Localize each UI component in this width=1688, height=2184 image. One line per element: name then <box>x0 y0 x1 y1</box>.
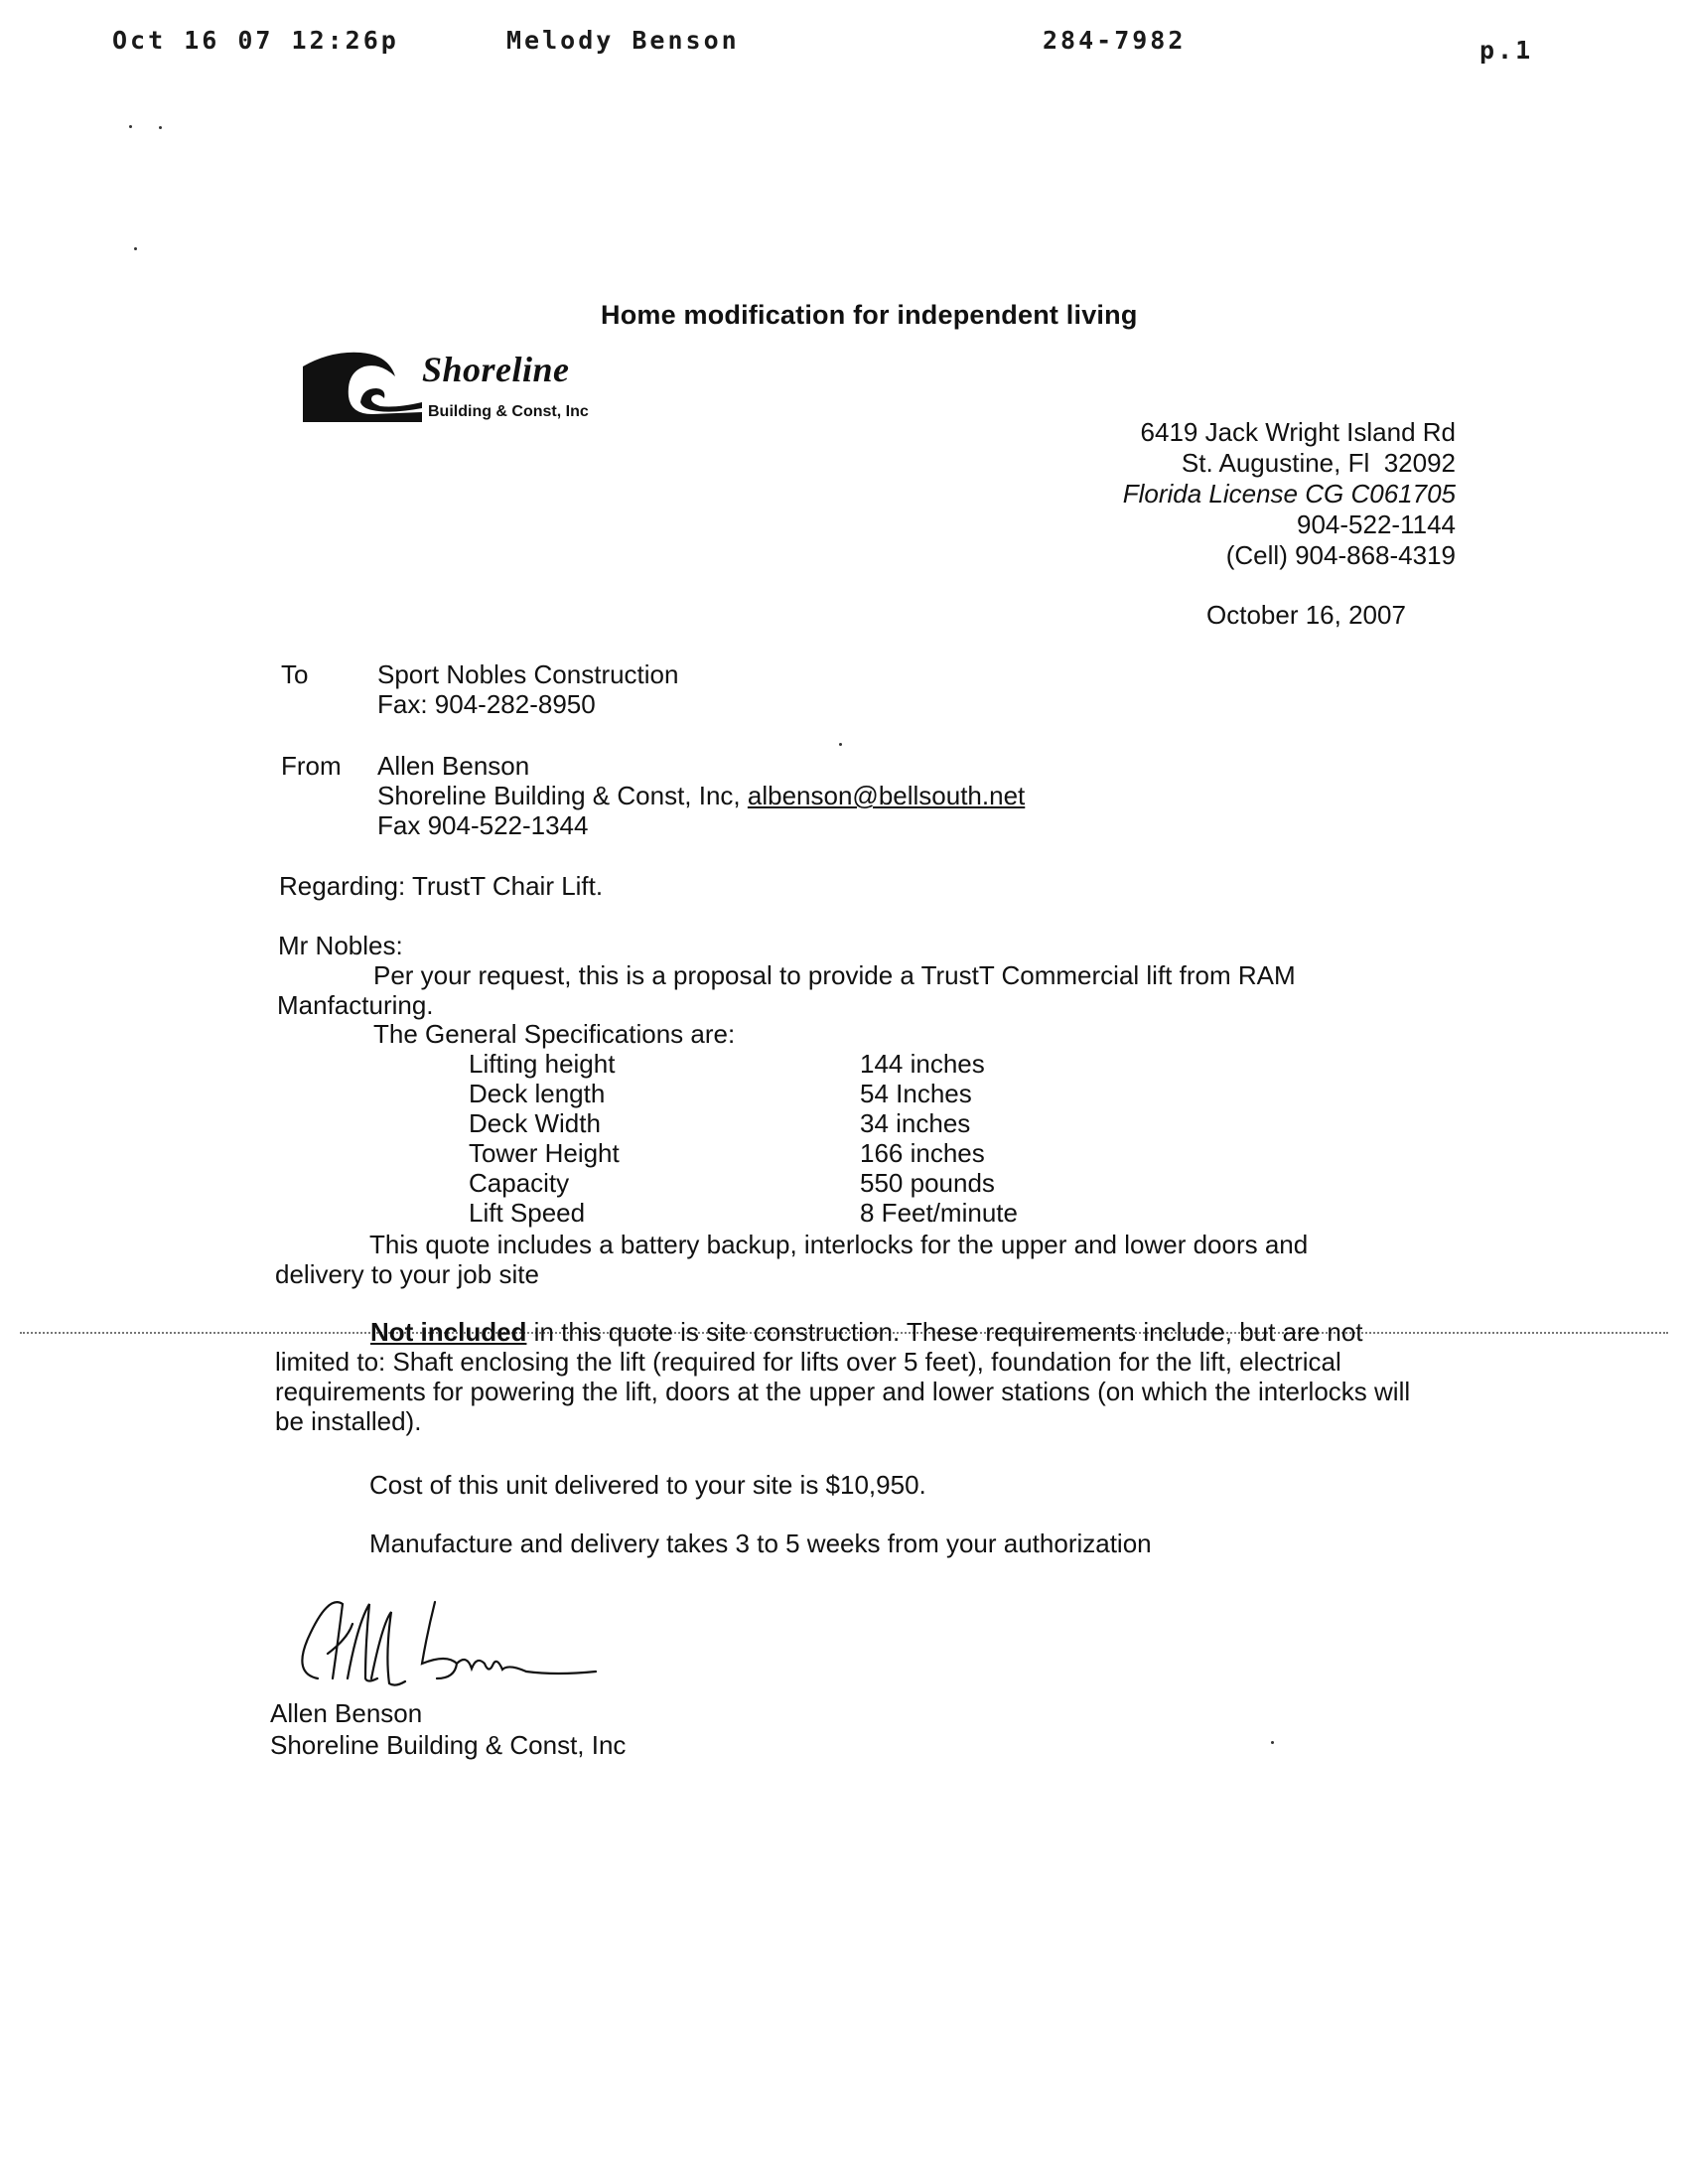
spec-name: Lifting height <box>469 1049 615 1080</box>
scan-speck <box>129 125 132 128</box>
fax-phone: 284-7982 <box>1043 26 1186 55</box>
scan-speck <box>1271 1741 1274 1744</box>
logo-subtitle: Building & Const, Inc <box>428 403 589 421</box>
scan-speck <box>134 247 137 250</box>
to-label: To <box>281 659 308 689</box>
handwritten-signature <box>288 1584 626 1693</box>
address-phone: 904-522-1144 <box>1123 510 1456 540</box>
spec-name: Tower Height <box>469 1138 620 1169</box>
address-street: 6419 Jack Wright Island Rd <box>1123 417 1456 448</box>
fax-page-number: p.1 <box>1479 36 1533 65</box>
from-name: Allen Benson <box>377 751 529 781</box>
address-city: St. Augustine, Fl 32092 <box>1123 448 1456 479</box>
delivery-line: Manufacture and delivery takes 3 to 5 we… <box>369 1529 1152 1558</box>
signature-company: Shoreline Building & Const, Inc <box>270 1730 626 1760</box>
includes-line-2: delivery to your job site <box>275 1259 539 1289</box>
to-fax: Fax: 904-282-8950 <box>377 689 596 719</box>
spec-value: 54 Inches <box>860 1079 972 1109</box>
salutation: Mr Nobles: <box>278 931 403 960</box>
from-company: Shoreline Building & Const, Inc, <box>377 781 741 810</box>
spec-value: 34 inches <box>860 1108 970 1139</box>
from-email-link[interactable]: albenson@bellsouth.net <box>748 781 1025 810</box>
company-logo: Shoreline Building & Const, Inc <box>301 349 638 428</box>
from-label: From <box>281 751 342 781</box>
from-company-line: Shoreline Building & Const, Inc, albenso… <box>377 781 1025 810</box>
not-included-paragraph: Not included in this quote is site const… <box>275 1317 1442 1436</box>
spec-value: 166 inches <box>860 1138 985 1169</box>
intro-line: Per your request, this is a proposal to … <box>373 960 1296 990</box>
not-included-label: Not included <box>370 1317 526 1347</box>
regarding-line: Regarding: TrustT Chair Lift. <box>279 871 603 901</box>
cost-line: Cost of this unit delivered to your site… <box>369 1470 926 1500</box>
intro-continuation: Manfacturing. <box>277 990 434 1020</box>
scan-speck <box>839 743 842 746</box>
signature-icon <box>288 1584 626 1693</box>
specs-heading: The General Specifications are: <box>373 1019 735 1049</box>
to-name: Sport Nobles Construction <box>377 659 678 689</box>
includes-line-1: This quote includes a battery backup, in… <box>369 1230 1308 1259</box>
fax-sender: Melody Benson <box>506 26 740 55</box>
address-license: Florida License CG C061705 <box>1123 479 1456 510</box>
spec-name: Deck Width <box>469 1108 601 1139</box>
from-fax: Fax 904-522-1344 <box>377 810 588 840</box>
logo-wordmark: Shoreline <box>422 349 570 390</box>
spec-value: 550 pounds <box>860 1168 995 1199</box>
spec-name: Lift Speed <box>469 1198 585 1229</box>
fax-datetime: Oct 16 07 12:26p <box>112 26 399 55</box>
spec-value: 144 inches <box>860 1049 985 1080</box>
address-cell: (Cell) 904-868-4319 <box>1123 540 1456 571</box>
scan-speck <box>159 126 162 129</box>
letter-date: October 16, 2007 <box>1206 600 1406 631</box>
spec-value: 8 Feet/minute <box>860 1198 1018 1229</box>
spec-name: Deck length <box>469 1079 605 1109</box>
letterhead-tagline: Home modification for independent living <box>601 300 1138 331</box>
spec-name: Capacity <box>469 1168 569 1199</box>
signature-name: Allen Benson <box>270 1698 422 1728</box>
company-address: 6419 Jack Wright Island Rd St. Augustine… <box>1123 417 1456 571</box>
wave-icon <box>301 349 425 428</box>
